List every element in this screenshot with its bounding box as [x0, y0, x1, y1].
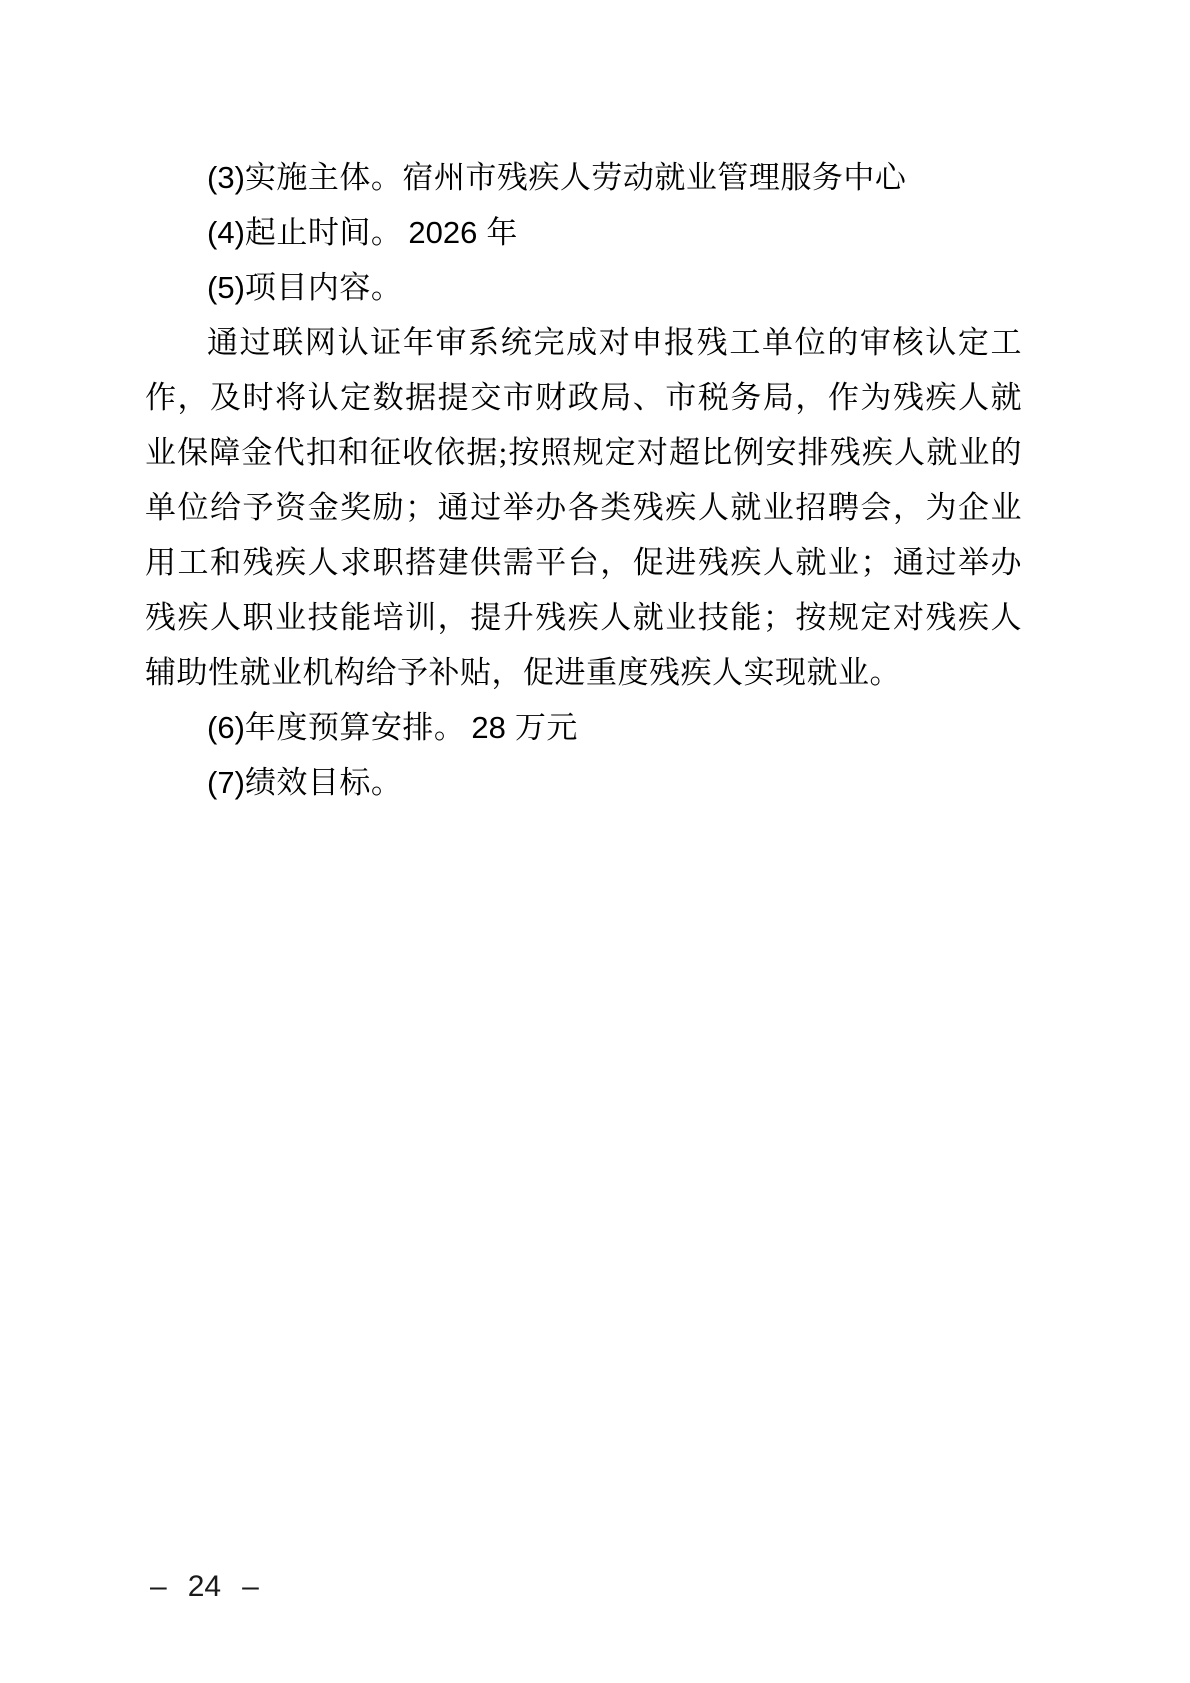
item-7-title: 绩效目标。: [245, 765, 403, 800]
page-footer: – 24 –: [150, 1572, 259, 1602]
item-4-year-value: 2026: [408, 215, 477, 250]
item-4-number: (4): [207, 215, 245, 250]
item-5-number: (5): [207, 270, 245, 305]
page-number-left-dash: –: [150, 1572, 167, 1602]
project-content-paragraph: 通过联网认证年审系统完成对申报残工单位的审核认定工作，及时将认定数据提交市财政局…: [145, 315, 1022, 700]
item-5-project-content: (5)项目内容。: [145, 260, 1022, 315]
document-page: (3)实施主体。宿州市残疾人劳动就业管理服务中心 (4)起止时间。2026年 (…: [0, 0, 1190, 1683]
item-3-title: 实施主体。: [245, 160, 403, 195]
item-6-amount-unit: 万元: [515, 710, 578, 745]
page-number: 24: [188, 1572, 221, 1602]
item-4-year-unit: 年: [486, 215, 518, 250]
item-7-number: (7): [207, 765, 245, 800]
item-3-number: (3): [207, 160, 245, 195]
item-4-title: 起止时间。: [245, 215, 403, 250]
item-6-number: (6): [207, 710, 245, 745]
item-7-performance-goal: (7)绩效目标。: [145, 755, 1022, 810]
item-3-implementing-entity: (3)实施主体。宿州市残疾人劳动就业管理服务中心: [145, 150, 1022, 205]
item-6-title: 年度预算安排。: [245, 710, 466, 745]
item-3-value: 宿州市残疾人劳动就业管理服务中心: [402, 160, 906, 195]
document-body: (3)实施主体。宿州市残疾人劳动就业管理服务中心 (4)起止时间。2026年 (…: [145, 150, 1022, 810]
item-4-time-period: (4)起止时间。2026年: [145, 205, 1022, 260]
item-6-annual-budget: (6)年度预算安排。28万元: [145, 700, 1022, 755]
item-6-amount-value: 28: [471, 710, 505, 745]
item-5-title: 项目内容。: [245, 270, 403, 305]
page-number-right-dash: –: [242, 1572, 259, 1602]
